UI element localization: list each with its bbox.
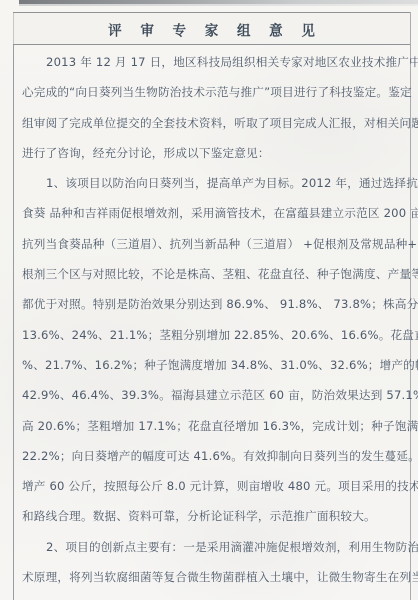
text-line: 42.9%、46.4%、39.3%。福海县建立示范区 60 亩，防治效果达到 5… [22,380,405,410]
text-line: 都优于对照。特别是防治效果分别达到 86.9%、 91.8%、 73.8%；株高… [22,289,405,319]
text-line: 增产 60 公斤，按照每公斤 8.0 元计算，则亩增收 480 元。项目采用的技… [22,471,405,501]
text-line: 术原理，将列当软腐细菌等复合微生物菌群植入土壤中，让微生物寄生在列当 [22,562,405,592]
text-line: 1、该项目以防治向日葵列当，提高单产为目标。2012 年，通过选择抗列当 [22,168,405,198]
text-line: 2、项目的创新点主要有：一是采用滴灌冲施促根增效剂，利用生物防治技 [22,532,405,562]
text-line: 进行了咨询，经充分讨论，形成以下鉴定意见： [22,138,405,168]
scanned-document-page: 评 审 专 家 组 意 见 2013 年 12 月 17 日，地区科技局组织相关… [0,0,418,600]
text-line: %、21.7%、16.2%；种子饱满度增加 34.8%、31.0%、32.6%；… [22,350,405,380]
page-border-left [13,12,14,600]
text-line: 食葵 品种和吉祥雨促根增效剂，采用滴管技术，在富蕴县建立示范区 200 亩， [22,198,405,228]
text-line: 2013 年 12 月 17 日，地区科技局组织相关专家对地区农业技术推广中 [22,47,405,77]
text-line: 心完成的“向日葵列当生物防治技术示范与推广”项目进行了科技鉴定。鉴定 [22,77,405,107]
text-line: 13.6%、24%、21.1%；茎粗分别增加 22.85%、20.6%、16.6… [22,320,405,350]
document-body: 2013 年 12 月 17 日，地区科技局组织相关专家对地区农业技术推广中心完… [22,47,405,592]
text-line: 22.2%；向日葵增产的幅度可达 41.6%。有效抑制向日葵列当的发生蔓延。每亩 [22,441,405,471]
text-line: 根剂三个区与对照比较，不论是株高、茎粗、花盘直径、种子饱满度、产量等 [22,259,405,289]
document-title: 评 审 专 家 组 意 见 [101,18,322,39]
text-line: 高 20.6%；茎粗增加 17.1%；花盘直径增加 16.3%，完成计划；种子饱… [22,411,405,441]
text-line: 和路线合理。数据、资料可靠，分析论证科学，示范推广面积较大。 [22,501,405,531]
text-line: 组审阅了完成单位提交的全套技术资料，听取了项目完成人汇报，对相关问题 [22,108,405,138]
scan-edge-shadow-soft [19,4,418,6]
document-title-box: 评 审 专 家 组 意 见 [13,12,410,45]
text-line: 抗列当食葵品种（三道眉）、抗列当新品种（三道眉） +促根剂及常规品种+促 [22,229,405,259]
